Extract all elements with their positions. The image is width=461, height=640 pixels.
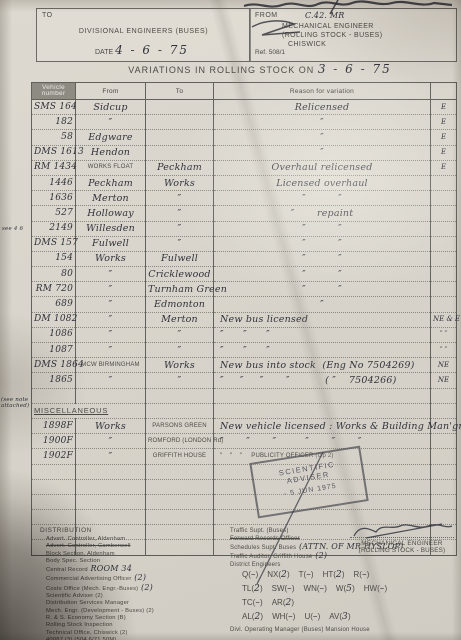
from-line: CHISWICK <box>282 40 382 49</box>
code-cell: E <box>431 115 457 130</box>
reason-cell: ″ <box>214 297 431 312</box>
reason-cell: New vehicle licensed : Works & Building … <box>214 418 431 433</box>
table-row: RM 720″Turnham Green″ ″ <box>32 282 457 297</box>
code-cell <box>431 388 457 403</box>
table-row: 1446PeckhamWorksLicensed overhaul <box>32 175 457 190</box>
code-header <box>431 83 457 100</box>
reason-cell: Relicensed <box>214 100 431 115</box>
vehicle-cell: DMS 1864 <box>32 358 76 373</box>
code-cell: ″ ″ <box>431 343 457 358</box>
code-item: U(–) <box>304 612 320 626</box>
distribution-item-label: Distribution Services Manager <box>46 600 129 606</box>
code-item: AL(2) <box>242 612 263 626</box>
reason-cell: ″ ″ <box>214 236 431 251</box>
vehicle-cell: 154 <box>32 251 76 266</box>
from-cell: Merton <box>76 191 146 206</box>
reason-cell: ″ <box>214 130 431 145</box>
code-cell <box>431 175 457 190</box>
reason-cell: ″ ″ <box>214 282 431 297</box>
code-item: NX(2) <box>267 570 289 584</box>
from-cell <box>76 479 146 494</box>
table-row: 1900F″ROMFORD (LONDON Rd)″ ″ ″ ″ ″ ″ <box>32 434 457 449</box>
table-row <box>32 494 457 509</box>
reason-cell: ″ <box>214 145 431 160</box>
from-cell <box>76 494 146 509</box>
to-cell: ″ <box>146 373 214 388</box>
margin-note-lower: (see note attached) <box>1 397 29 409</box>
table-row <box>32 479 457 494</box>
code-item: W(5) <box>336 584 355 598</box>
from-cell: Holloway <box>76 206 146 221</box>
table-row: 527Holloway″″ repaint <box>32 206 457 221</box>
signature-rule <box>350 522 454 538</box>
to-label: TO <box>42 12 53 19</box>
vehicle-cell <box>32 388 76 403</box>
reason-cell: New bus into stock (Eng No 7504269) <box>214 358 431 373</box>
distribution-title: DISTRIBUTION <box>40 527 92 534</box>
signatory-subtitle: (ROLLING STOCK - BUSES) <box>348 547 456 554</box>
vehicle-cell: 1865 <box>32 373 76 388</box>
table-row: 80″Cricklewood″ ″ <box>32 267 457 282</box>
vehicle-cell: 1086 <box>32 327 76 342</box>
to-cell: GRIFFITH HOUSE <box>146 449 214 464</box>
to-cell: ″ <box>146 327 214 342</box>
code-item: TC(–) <box>242 598 263 612</box>
table-row: DMS 157Fulwell″″ ″ <box>32 236 457 251</box>
to-cell <box>146 100 214 115</box>
to-value: DIVISIONAL ENGINEERS (BUSES) <box>37 28 250 35</box>
table-row <box>32 464 457 479</box>
margin-note-line: attached) <box>1 403 29 409</box>
handwritten-annotation: (2) <box>131 573 146 582</box>
table-row: 154WorksFulwell″ ″ <box>32 251 457 266</box>
vehicle-cell: 80 <box>32 267 76 282</box>
title-date-handwritten: 3 - 6 - 75 <box>318 62 392 76</box>
to-cell: Merton <box>146 312 214 327</box>
code-line: Q(–)NX(2)T(–)HT(2)R(–) <box>242 570 387 584</box>
distribution-item: Block Section, Aldenham <box>46 551 226 558</box>
code-cell <box>431 479 457 494</box>
vehicle-cell: 1900F <box>32 434 76 449</box>
distribution-item-label: Traffic Supt. (Buses) <box>230 528 289 534</box>
signatory-title: MECHANICAL ENGINEER <box>348 540 456 547</box>
distribution-item: Rolling Stock Inspection <box>46 622 226 629</box>
from-cell: Works <box>76 251 146 266</box>
code-item: R(–) <box>354 570 370 584</box>
to-cell <box>146 510 214 525</box>
reason-cell: ″ ″ <box>214 221 431 236</box>
to-cell <box>146 388 214 403</box>
vehicle-cell: RM 720 <box>32 282 76 297</box>
to-cell: ″ <box>146 191 214 206</box>
table-header-row: Vehicle number From To Reason for variat… <box>32 83 457 100</box>
distribution-item: Commercial Advertising Officer (2) <box>46 574 226 583</box>
table-row: 1898FWorksPARSONS GREENNew vehicle licen… <box>32 418 457 433</box>
from-cell: ″ <box>76 449 146 464</box>
reason-header: Reason for variation <box>214 83 431 100</box>
scanned-document: TO DIVISIONAL ENGINEERS (BUSES) DATE 4 -… <box>0 0 461 640</box>
from-cell: Hendon <box>76 145 146 160</box>
code-item: SW(–) <box>272 584 295 598</box>
code-item: HT(2) <box>323 570 345 584</box>
distribution-item: District Engineers <box>230 561 410 569</box>
table-row: 1087″″″ ″ ″″ ″ <box>32 343 457 358</box>
from-cell: ″ <box>76 312 146 327</box>
date-value-handwritten: 4 - 6 - 75 <box>115 43 189 57</box>
from-cell: ″ <box>76 267 146 282</box>
distribution-item-label: Advert. Controller, Aldenham <box>46 536 125 542</box>
section-cell: MISCELLANEOUS <box>32 403 146 418</box>
distribution-item: Costs Office (Mech. Engr.-Buses) (2) <box>46 584 226 593</box>
distribution-item: Body Spec. Section <box>46 558 226 565</box>
allocation-codes: Q(–)NX(2)T(–)HT(2)R(–)TL(2)SW(–)WN(–)W(5… <box>242 570 387 626</box>
table-row: 1865″″″ ″ ″ ″ ( ″ 7504266)NE <box>32 373 457 388</box>
distribution-left-list: Advert. Controller, AldenhamAdvert. Cont… <box>46 536 226 640</box>
code-item: AV(3) <box>329 612 350 626</box>
distribution-item-label: Technical Office, Chiswick (2) <box>46 630 128 636</box>
variations-table: Vehicle number From To Reason for variat… <box>31 82 457 556</box>
vehicle-cell <box>32 479 76 494</box>
reason-cell: ″ ″ ″ <box>214 327 431 342</box>
title-text: VARIATIONS IN ROLLING STOCK ON <box>128 65 314 75</box>
distribution-item-label: Central Record <box>46 567 88 573</box>
to-cell: ″ <box>146 206 214 221</box>
to-cell: Edmonton <box>146 297 214 312</box>
vehicle-cell: 1446 <box>32 175 76 190</box>
operating-manager-line: Divl. Operating Manager (Buses) Mansion … <box>230 627 370 633</box>
distribution-item-label: Schedules Supt. Buses <box>230 545 296 551</box>
to-cell: ″ <box>146 343 214 358</box>
from-cell: ″ <box>76 343 146 358</box>
to-cell <box>146 115 214 130</box>
distribution-item-label: District Engineers <box>230 562 281 568</box>
code-item: HW(–) <box>364 584 387 598</box>
section-label: MISCELLANEOUS <box>34 406 108 415</box>
code-cell: NE & E <box>431 312 457 327</box>
reference-number: Ref. 508/1 <box>255 49 285 56</box>
to-box: TO DIVISIONAL ENGINEERS (BUSES) DATE 4 -… <box>36 8 251 62</box>
vehicle-cell: 1636 <box>32 191 76 206</box>
from-label: FROM <box>255 12 278 19</box>
code-cell <box>431 434 457 449</box>
section-row: MISCELLANEOUS <box>32 403 457 418</box>
table-row: SMS 164SidcupRelicensedE <box>32 100 457 115</box>
distribution-item: R. & S. Economy Section (B) <box>46 615 226 622</box>
from-cell: ″ <box>76 115 146 130</box>
table-row: 1636Merton″″ ″ <box>32 191 457 206</box>
code-cell <box>431 191 457 206</box>
distribution-item-label: R. & S. Economy Section (B) <box>46 615 126 621</box>
distribution-item-label: Commercial Advertising Officer <box>46 576 131 582</box>
handwritten-note: C.42. MR <box>305 11 344 20</box>
distribution-item-label: Forward Records Officer <box>230 536 300 542</box>
code-item: WN(–) <box>304 584 327 598</box>
to-cell <box>146 130 214 145</box>
from-cell: Peckham <box>76 175 146 190</box>
vehicle-cell: RM 1434 <box>32 160 76 175</box>
from-cell <box>76 510 146 525</box>
to-cell: PARSONS GREEN <box>146 418 214 433</box>
vehicle-cell <box>32 494 76 509</box>
code-cell <box>431 206 457 221</box>
to-cell <box>146 145 214 160</box>
from-box: FROM C.42. MR MECHANICAL ENGINEER (ROLLI… <box>249 8 457 62</box>
table-row: 1086″″″ ″ ″″ ″ <box>32 327 457 342</box>
from-cell: Fulwell <box>76 236 146 251</box>
code-item: T(–) <box>299 570 314 584</box>
code-cell: E <box>431 100 457 115</box>
vehicle-header: Vehicle number <box>32 83 76 100</box>
code-cell <box>431 221 457 236</box>
from-address: MECHANICAL ENGINEER (ROLLING STOCK - BUS… <box>282 22 382 49</box>
to-header: To <box>146 83 214 100</box>
code-cell <box>431 251 457 266</box>
code-line: AL(2)WH(–)U(–)AV(3) <box>242 612 387 626</box>
vehicle-cell: 1898F <box>32 418 76 433</box>
to-cell: Peckham <box>146 160 214 175</box>
to-cell: Works <box>146 358 214 373</box>
empty-cell <box>146 403 214 418</box>
vehicle-cell: 182 <box>32 115 76 130</box>
reason-cell: ″ ″ ″ <box>214 343 431 358</box>
handwritten-annotation: (2) <box>312 551 327 560</box>
vehicle-cell: 1902F <box>32 449 76 464</box>
code-cell <box>431 464 457 479</box>
table-row: 58Edgware″E <box>32 130 457 145</box>
distribution-item-label: Traffic Auditor, Griffith House <box>230 554 312 560</box>
code-cell <box>431 449 457 464</box>
distribution-item: Technical Office, Chiswick (2) <box>46 630 226 637</box>
reason-cell: ″ repaint <box>214 206 431 221</box>
table-row <box>32 388 457 403</box>
date-line: DATE 4 - 6 - 75 <box>95 43 189 57</box>
from-cell <box>76 388 146 403</box>
empty-cell <box>431 403 457 418</box>
vehicle-cell: DMS 1613 <box>32 145 76 160</box>
to-cell <box>146 479 214 494</box>
code-item: AR(2) <box>272 598 294 612</box>
distribution-item-label: Mech. Engr. (Development - Buses) (2) <box>46 608 154 614</box>
code-cell <box>431 236 457 251</box>
distribution-item: Scientific Adviser (2) <box>46 593 226 600</box>
reason-cell: Licensed overhaul <box>214 175 431 190</box>
date-label: DATE <box>95 49 113 56</box>
from-cell <box>76 464 146 479</box>
vehicle-cell: SMS 164 <box>32 100 76 115</box>
code-cell: ″ ″ <box>431 327 457 342</box>
vehicle-cell: 58 <box>32 130 76 145</box>
reason-cell <box>214 388 431 403</box>
distribution-item-label: Body Spec. Section <box>46 558 100 564</box>
vehicle-cell: DM 1082 <box>32 312 76 327</box>
distribution-item-label: Block Section, Aldenham <box>46 551 115 557</box>
reason-cell: ″ ″ <box>214 267 431 282</box>
table-row: 182″″E <box>32 115 457 130</box>
code-cell: E <box>431 130 457 145</box>
code-item: TL(2) <box>242 584 263 598</box>
code-cell: NE <box>431 358 457 373</box>
reason-cell: ″ ″ ″ ″ ″ ″ <box>214 434 431 449</box>
reason-cell: Overhaul relicensed <box>214 160 431 175</box>
table-row: 1902F″GRIFFITH HOUSE″ ″ ″ PUBLICITY OFFI… <box>32 449 457 464</box>
table-row: DM 1082″MertonNew bus licensedNE & E <box>32 312 457 327</box>
vehicle-cell: 2149 <box>32 221 76 236</box>
distribution-item: Mech. Engr. (Development - Buses) (2) <box>46 608 226 615</box>
margin-note-upper: see 4 6 <box>2 226 23 232</box>
to-cell: Works <box>146 175 214 190</box>
handwritten-annotation: ROOM 34 <box>88 564 132 573</box>
handwritten-annotation: (2) <box>138 583 153 592</box>
from-cell: ″ <box>76 434 146 449</box>
from-cell: ″ <box>76 282 146 297</box>
distribution-item-label: Scientific Adviser (2) <box>46 593 103 599</box>
code-cell <box>431 297 457 312</box>
to-cell: Fulwell <box>146 251 214 266</box>
vehicle-cell <box>32 464 76 479</box>
from-cell: Edgware <box>76 130 146 145</box>
distribution-item: Advert. Controller, Aldenham <box>46 536 226 543</box>
distribution-item-label: Costs Office (Mech. Engr.-Buses) <box>46 586 138 592</box>
vehicle-cell: DMS 157 <box>32 236 76 251</box>
vehicle-cell: 1087 <box>32 343 76 358</box>
from-cell: ″ <box>76 327 146 342</box>
table-row: 2149Willesden″″ ″ <box>32 221 457 236</box>
code-cell: NE <box>431 373 457 388</box>
vehicle-cell <box>32 510 76 525</box>
from-cell: ″ <box>76 373 146 388</box>
reason-cell: ″ <box>214 115 431 130</box>
to-cell: Cricklewood <box>146 267 214 282</box>
reason-cell: ″ ″ <box>214 191 431 206</box>
reason-cell: ″ ″ ″ ″ ( ″ 7504266) <box>214 373 431 388</box>
code-cell: E <box>431 160 457 175</box>
table-row: DMS 1864MCW BIRMINGHAMWorksNew bus into … <box>32 358 457 373</box>
from-cell: Sidcup <box>76 100 146 115</box>
table-body: SMS 164SidcupRelicensedE182″″E58Edgware″… <box>32 100 457 556</box>
vehicle-cell: 689 <box>32 297 76 312</box>
from-cell: Willesden <box>76 221 146 236</box>
code-line: TL(2)SW(–)WN(–)W(5)HW(–) <box>242 584 387 598</box>
code-cell <box>431 494 457 509</box>
code-item: WH(–) <box>272 612 295 626</box>
distribution-item-label: Advert. Controller, Camberwell <box>46 543 131 549</box>
table-row: DMS 1613Hendon″E <box>32 145 457 160</box>
code-line: TC(–)AR(2) <box>242 598 387 612</box>
from-line: MECHANICAL ENGINEER <box>282 22 382 31</box>
from-cell: ″ <box>76 297 146 312</box>
to-cell: ROMFORD (LONDON Rd) <box>146 434 214 449</box>
table-row: RM 1434WORKS FLOATPeckhamOverhaul relice… <box>32 160 457 175</box>
from-cell: Works <box>76 418 146 433</box>
code-item: Q(–) <box>242 570 258 584</box>
vehicle-cell: 527 <box>32 206 76 221</box>
code-cell <box>431 282 457 297</box>
from-cell: MCW BIRMINGHAM <box>76 358 146 373</box>
distribution-item: Distribution Services Manager <box>46 600 226 607</box>
to-cell: ″ <box>146 221 214 236</box>
reason-cell: ″ ″ <box>214 251 431 266</box>
empty-cell <box>214 403 431 418</box>
pen-scribble-top <box>244 1 452 6</box>
distribution-item: Advert. Controller, Camberwell <box>46 543 226 550</box>
from-cell: WORKS FLOAT <box>76 160 146 175</box>
distribution-item-label: Rolling Stock Inspection <box>46 622 113 628</box>
to-cell: Turnham Green <box>146 282 214 297</box>
code-cell <box>431 267 457 282</box>
from-header: From <box>76 83 146 100</box>
to-cell: ″ <box>146 236 214 251</box>
to-cell <box>146 464 214 479</box>
document-title: VARIATIONS IN ROLLING STOCK ON 3 - 6 - 7… <box>90 62 430 76</box>
from-line: (ROLLING STOCK - BUSES) <box>282 31 382 40</box>
reason-cell: New bus licensed <box>214 312 431 327</box>
code-cell: E <box>431 145 457 160</box>
to-cell <box>146 494 214 509</box>
table-row: 689″Edmonton″ <box>32 297 457 312</box>
signature-block: MECHANICAL ENGINEER (ROLLING STOCK - BUS… <box>348 522 456 554</box>
